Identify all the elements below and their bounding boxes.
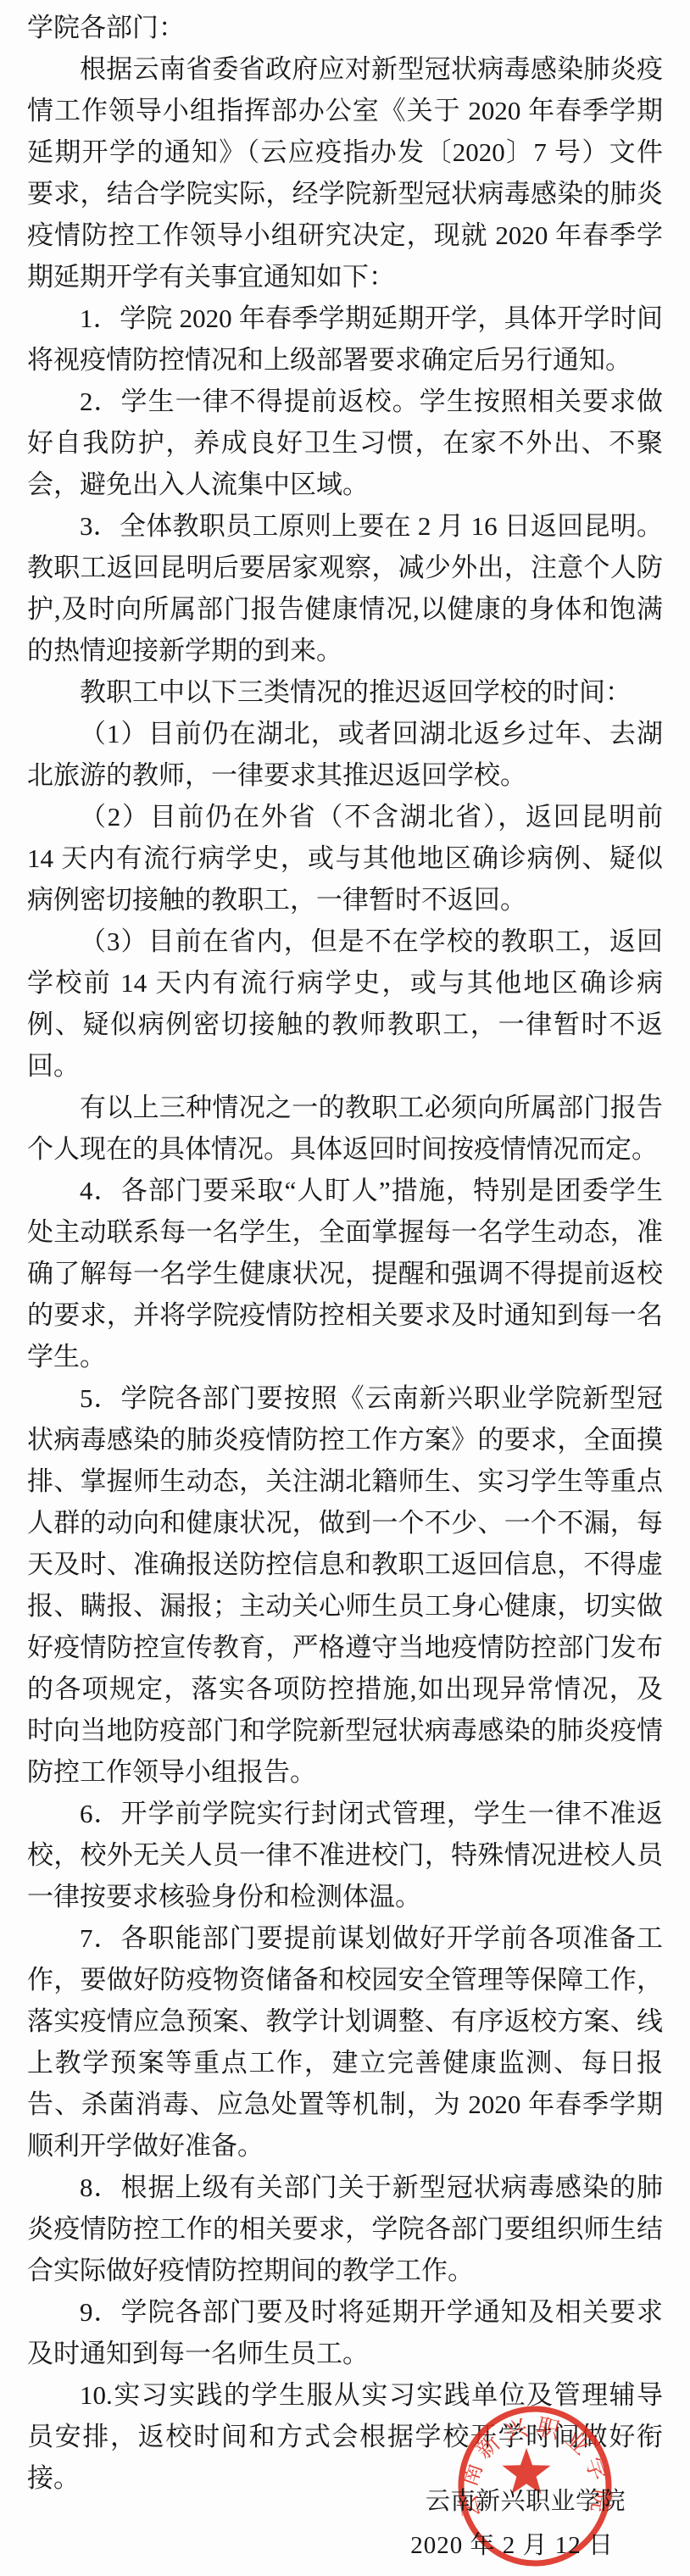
paragraph-intro: 根据云南省委省政府应对新型冠状病毒感染肺炎疫情工作领导小组指挥部办公室《关于 2… bbox=[27, 48, 663, 298]
paragraph-staff-cases-intro: 教职工中以下三类情况的推迟返回学校的时间： bbox=[27, 671, 663, 713]
paragraph-item-7: 7．各职能部门要提前谋划做好开学前各项准备工作，要做好防疫物资储备和校园安全管理… bbox=[27, 1917, 663, 2167]
paragraph-item-8: 8．根据上级有关部门关于新型冠状病毒感染的肺炎疫情防控工作的相关要求，学院各部门… bbox=[27, 2167, 663, 2291]
paragraph-item-3: 3．全体教职员工原则上要在 2 月 16 日返回昆明。教职工返回昆明后要居家观察… bbox=[27, 505, 663, 671]
paragraph-item-5: 5．学院各部门要按照《云南新兴职业学院新型冠状病毒感染的肺炎疫情防控工作方案》的… bbox=[27, 1377, 663, 1793]
signature-organization: 云南新兴职业学院 bbox=[426, 2482, 626, 2517]
paragraph-item-4: 4．各部门要采取“人盯人”措施，特别是团委学生处主动联系每一名学生，全面掌握每一… bbox=[27, 1170, 663, 1377]
paragraph-item-1: 1．学院 2020 年春季学期延期开学，具体开学时间将视疫情防控情况和上级部署要… bbox=[27, 298, 663, 381]
notice-document: 学院各部门： 根据云南省委省政府应对新型冠状病毒感染肺炎疫情工作领导小组指挥部办… bbox=[0, 0, 690, 2576]
signature-date: 2020 年 2 月 12 日 bbox=[410, 2526, 614, 2561]
paragraph-case-3: （3）目前在省内，但是不在学校的教职工，返回学校前 14 天内有流行病学史，或与… bbox=[27, 921, 663, 1087]
document-body: 学院各部门： 根据云南省委省政府应对新型冠状病毒感染肺炎疫情工作领导小组指挥部办… bbox=[27, 7, 663, 2499]
paragraph-item-9: 9．学院各部门要及时将延期开学通知及相关要求及时通知到每一名师生员工。 bbox=[27, 2291, 663, 2374]
paragraph-case-1: （1）目前仍在湖北，或者回湖北返乡过年、去湖北旅游的教师，一律要求其推迟返回学校… bbox=[27, 713, 663, 796]
paragraph-item-2: 2．学生一律不得提前返校。学生按照相关要求做好自我防护，养成良好卫生习惯，在家不… bbox=[27, 381, 663, 505]
paragraph-item-6: 6．开学前学院实行封闭式管理，学生一律不准返校，校外无关人员一律不准进校门，特殊… bbox=[27, 1793, 663, 1917]
paragraph-case-2: （2）目前仍在外省（不含湖北省），返回昆明前 14 天内有流行病学史，或与其他地… bbox=[27, 796, 663, 921]
paragraph-cases-report: 有以上三种情况之一的教职工必须向所属部门报告个人现在的具体情况。具体返回时间按疫… bbox=[27, 1087, 663, 1170]
salutation: 学院各部门： bbox=[27, 7, 663, 48]
